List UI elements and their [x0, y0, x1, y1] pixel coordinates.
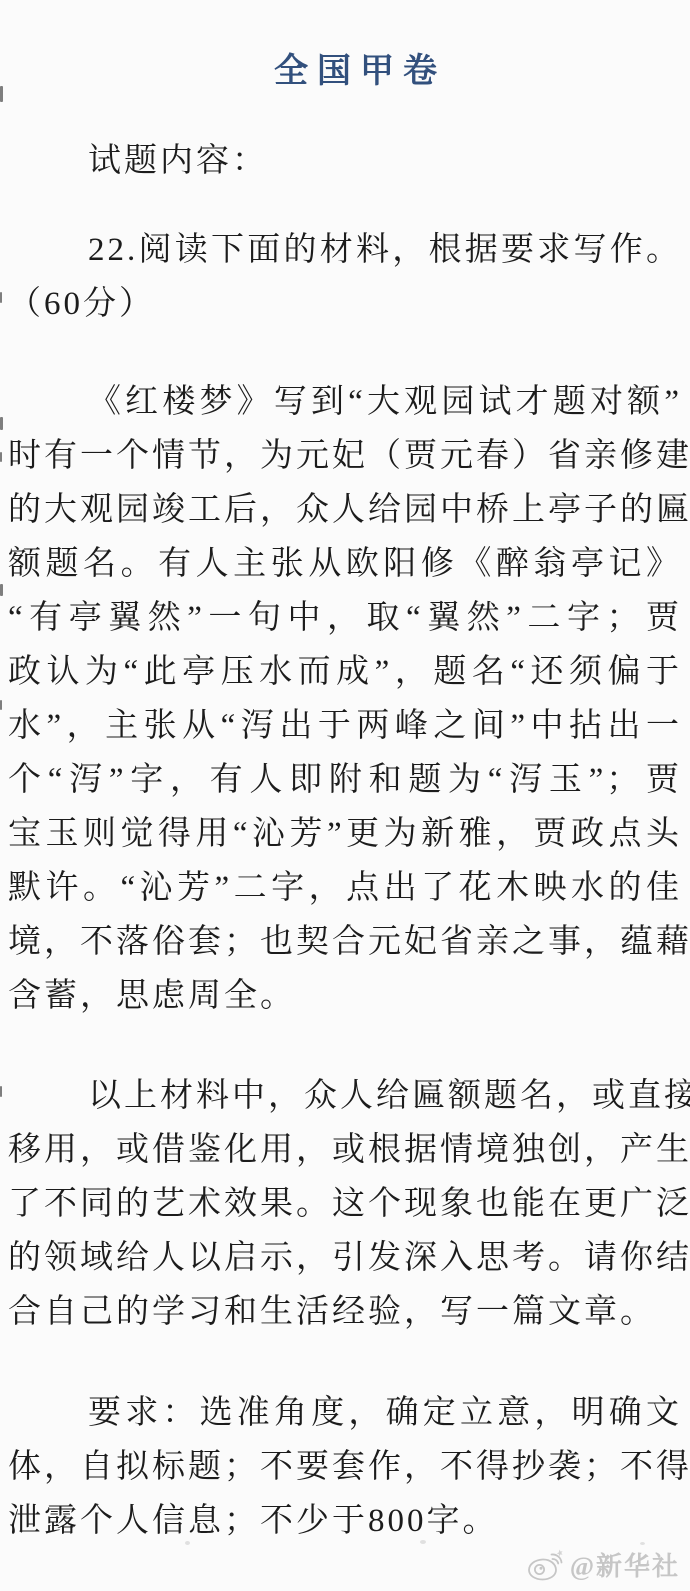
scan-artifact: [0, 452, 2, 462]
text-line: 含蓄，思虑周全。: [8, 969, 682, 1023]
question-intro: 22.阅读下面的材料，根据要求写作。（60分）: [8, 223, 682, 331]
scan-artifact: [0, 584, 3, 596]
section-label: 试题内容：: [8, 134, 682, 188]
section-label-text: 试题内容：: [8, 134, 682, 188]
text-line: 《红楼梦》写到“大观园试才题对额”: [8, 375, 682, 429]
text-line: 了不同的艺术效果。这个现象也能在更广泛: [8, 1177, 682, 1231]
scan-artifact: [0, 86, 3, 102]
text-line: 以上材料中，众人给匾额题名，或直接: [8, 1069, 682, 1123]
text-line: 默许。“沁芳”二字，点出了花木映水的佳: [8, 861, 682, 915]
material-paragraph: 《红楼梦》写到“大观园试才题对额”时有一个情节，为元妃（贾元春）省亲修建的大观园…: [8, 375, 682, 1023]
scan-artifact: [420, 1540, 426, 1544]
weibo-icon: [526, 1547, 566, 1583]
text-line: 合自己的学习和生活经验，写一篇文章。: [8, 1285, 682, 1339]
scan-artifact: [0, 417, 3, 430]
text-line: 22.阅读下面的材料，根据要求写作。: [8, 223, 682, 277]
scan-artifact: [640, 1542, 645, 1545]
text-line: 的领域给人以启示，引发深入思考。请你结: [8, 1231, 682, 1285]
text-line: 境，不落俗套；也契合元妃省亲之事，蕴藉: [8, 915, 682, 969]
text-line: 体，自拟标题；不要套作，不得抄袭；不得: [8, 1440, 682, 1494]
text-line: 政认为“此亭压水而成”，题名“还须偏于: [8, 645, 682, 699]
text-line: 要求：选准角度，确定立意，明确文: [8, 1386, 682, 1440]
text-line: 的大观园竣工后，众人给园中桥上亭子的匾: [8, 483, 682, 537]
text-line: 移用，或借鉴化用，或根据情境独创，产生: [8, 1123, 682, 1177]
requirements-paragraph: 要求：选准角度，确定立意，明确文体，自拟标题；不要套作，不得抄袭；不得泄露个人信…: [8, 1386, 682, 1548]
text-line: 水”，主张从“泻出于两峰之间”中拈出一: [8, 699, 682, 753]
text-line: （60分）: [8, 277, 682, 331]
text-line: 泄露个人信息；不少于800字。: [8, 1494, 682, 1548]
scan-artifact: [185, 1541, 190, 1545]
exam-page: 全国甲卷 试题内容： 22.阅读下面的材料，根据要求写作。（60分） 《红楼梦》…: [0, 0, 690, 1591]
text-line: 时有一个情节，为元妃（贾元春）省亲修建: [8, 429, 682, 483]
text-line: 宝玉则觉得用“沁芳”更为新雅，贾政点头: [8, 807, 682, 861]
scan-artifact: [0, 1086, 2, 1097]
prompt-paragraph: 以上材料中，众人给匾额题名，或直接移用，或借鉴化用，或根据情境独创，产生了不同的…: [8, 1069, 682, 1339]
watermark-handle: @新华社: [570, 1546, 680, 1583]
text-line: 个“泻”字，有人即附和题为“泻玉”；贾: [8, 753, 682, 807]
page-title: 全国甲卷: [0, 0, 690, 99]
watermark: @新华社: [526, 1546, 680, 1583]
text-line: “有亭翼然”一句中，取“翼然”二字；贾: [8, 591, 682, 645]
scan-artifact: [0, 700, 2, 710]
text-line: 额题名。有人主张从欧阳修《醉翁亭记》: [8, 537, 682, 591]
scan-artifact: [0, 292, 2, 303]
exam-body: 试题内容： 22.阅读下面的材料，根据要求写作。（60分） 《红楼梦》写到“大观…: [0, 134, 690, 1548]
